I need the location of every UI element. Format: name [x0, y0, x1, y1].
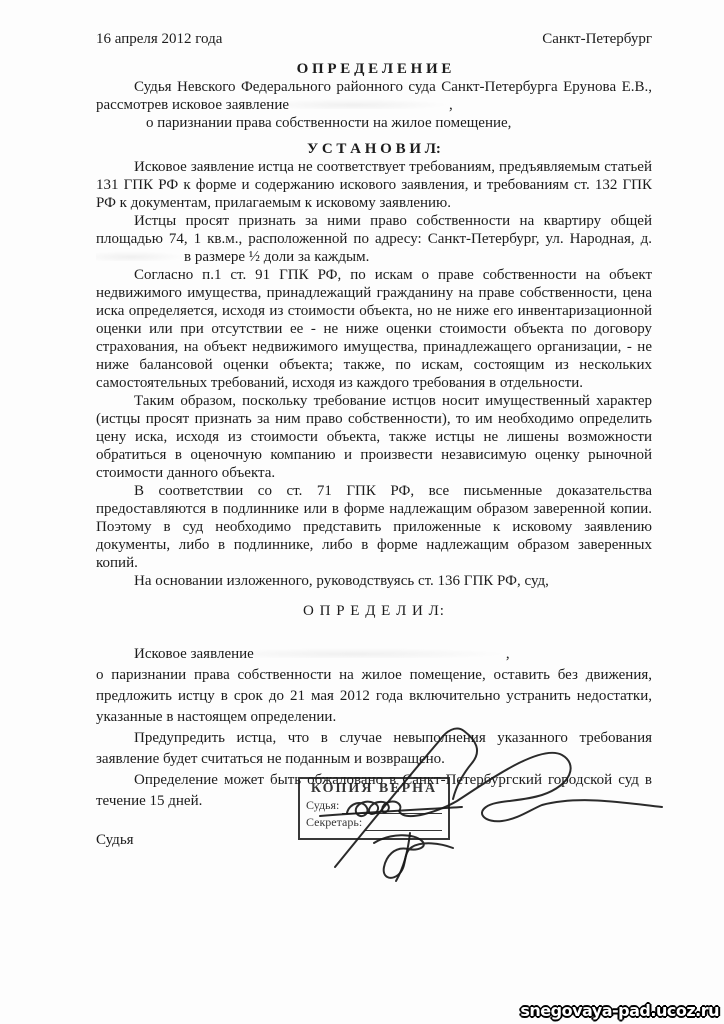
- ruling-warning: Предупредить истца, что в случае невыпол…: [96, 728, 652, 770]
- ruling-leave-without-motion: о паризнании права собственности на жило…: [96, 665, 652, 728]
- stamp-judge-label: Судья:: [306, 797, 339, 814]
- intro-paragraph: Судья Невского Федерального районного су…: [96, 78, 652, 132]
- stamp-judge-row: Судья:: [306, 797, 442, 814]
- paragraph-article-136: На основании изложенного, руководствуясь…: [96, 572, 652, 590]
- document-city: Санкт-Петербург: [542, 30, 652, 48]
- ustanovil-section: Исковое заявление истца не соответствует…: [96, 158, 652, 590]
- title-ustanovil: У С Т А Н О В И Л:: [96, 140, 652, 158]
- redacted-gap: [289, 99, 449, 109]
- stamp-judge-signature-line: [342, 801, 442, 814]
- paragraph-article-91: Согласно п.1 ст. 91 ГПК РФ, по искам о п…: [96, 266, 652, 392]
- intro-line-claim: рассмотрев исковое заявление,: [96, 96, 652, 114]
- document-header: 16 апреля 2012 года Санкт-Петербург: [96, 30, 652, 48]
- title-opredelenie: О П Р Е Д Е Л Е Н И Е: [96, 60, 652, 78]
- paragraph-claim-share: в размере ½ доли за каждым.: [184, 249, 369, 265]
- paragraph-article-71: В соответствии со ст. 71 ГПК РФ, все пис…: [96, 482, 652, 572]
- scanned-court-ruling-page: 16 апреля 2012 года Санкт-Петербург О П …: [0, 0, 724, 1024]
- site-watermark: snegovaya-pad.ucoz.ru: [520, 1001, 719, 1020]
- ruling-claim-text: Исковое заявление: [134, 646, 254, 662]
- paragraph-price-of-claim: Таким образом, поскольку требование истц…: [96, 392, 652, 482]
- copy-certified-stamp: КОПИЯ ВЕРНА Судья: Секретарь:: [298, 777, 450, 840]
- stamp-secretary-signature-line: [365, 818, 442, 831]
- stamp-secretary-label: Секретарь:: [306, 814, 362, 831]
- document-date: 16 апреля 2012 года: [96, 30, 222, 48]
- redacted-gap: [254, 648, 506, 658]
- intro-line-claim-text: рассмотрев исковое заявление: [96, 97, 289, 113]
- intro-line-judge: Судья Невского Федерального районного су…: [96, 78, 652, 96]
- ruling-claim-line: Исковое заявление,: [96, 644, 652, 665]
- redacted-gap: [96, 251, 184, 261]
- stamp-secretary-row: Секретарь:: [306, 814, 442, 831]
- intro-line-comma: ,: [449, 97, 453, 113]
- stamp-title: КОПИЯ ВЕРНА: [306, 781, 442, 797]
- intro-line-subject: о паризнании права собственности на жило…: [96, 114, 652, 132]
- title-opredelil: О П Р Е Д Е Л И Л:: [96, 602, 652, 620]
- paragraph-claim-details-text: Истцы просят признать за ними право собс…: [96, 213, 652, 247]
- ruling-claim-comma: ,: [506, 646, 510, 662]
- paragraph-requirements: Исковое заявление истца не соответствует…: [96, 158, 652, 212]
- paragraph-claim-details: Истцы просят признать за ними право собс…: [96, 212, 652, 266]
- document-content: 16 апреля 2012 года Санкт-Петербург О П …: [96, 30, 652, 851]
